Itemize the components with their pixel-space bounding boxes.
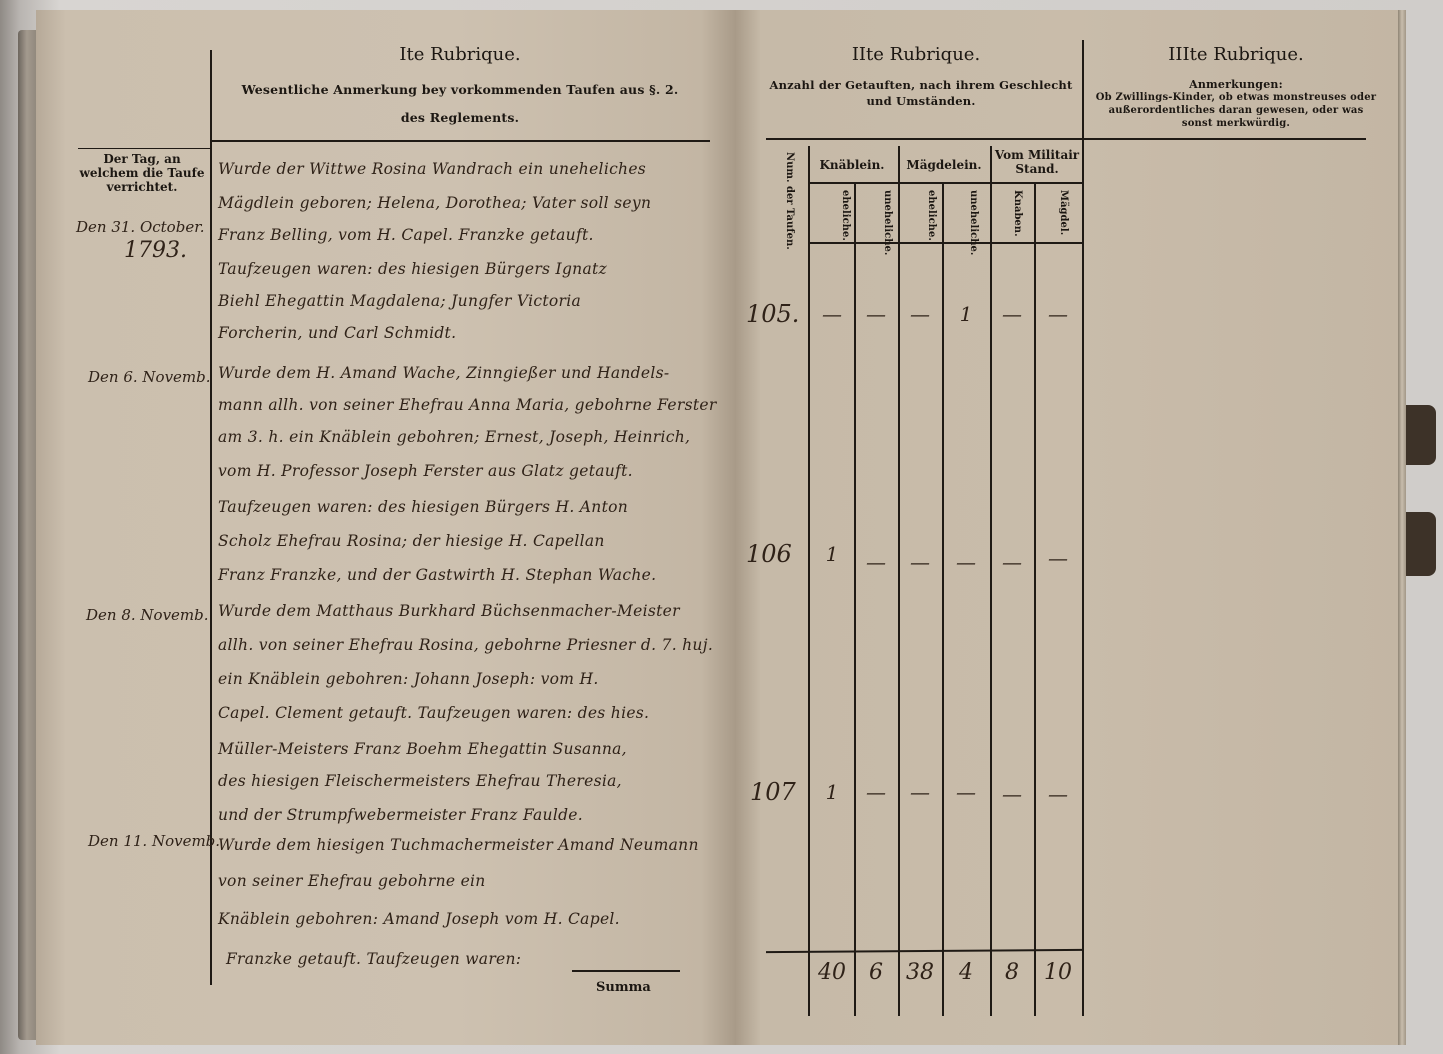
entry-3-line: Müller-Meisters Franz Boehm Ehegattin Su… [218,740,627,758]
tally-cell: — [854,550,898,574]
tally-cell: — [1034,302,1082,326]
subhead-rule [808,242,1082,244]
right-page: IIte Rubrique. Anzahl der Getauften, nac… [736,10,1404,1045]
entry-1-year: 1793. [124,242,187,260]
entry-1-line: Biehl Ehegattin Magdalena; Jungfer Victo… [218,292,581,310]
tally-cell: — [990,302,1034,326]
entry-3-line: Capel. Clement getauft. Taufzeugen waren… [218,704,649,722]
summa-label: Summa [596,980,651,995]
column-line [808,146,810,1016]
entry-4-line: Knäblein gebohren: Amand Joseph vom H. C… [218,910,620,928]
rubrique-3-subtitle: Anmerkungen: [1086,78,1386,91]
tally-cell: — [854,780,898,804]
rubrique-1-subtitle: Wesentliche Anmerkung bey vorkommenden T… [210,82,710,97]
row-number: 105. [746,300,799,328]
subheader: eheliche. [926,190,937,240]
entry-2-line: vom H. Professor Joseph Ferster aus Glat… [218,462,633,480]
entry-2-line: Franz Franzke, und der Gastwirth H. Step… [218,566,656,584]
entry-3-line: allh. von seiner Ehefrau Rosina, gebohrn… [218,636,713,654]
total-cell: 8 [990,960,1034,985]
rubrique-3-subtitle-3: außerordentliches daran gewesen, oder wa… [1086,105,1386,116]
entry-1-line: Forcherin, und Carl Schmidt. [218,324,456,342]
bookmark-tab [1406,405,1436,465]
entry-4-date: Den 11. Novemb. [88,832,220,850]
entry-2-line: Taufzeugen waren: des hiesigen Bürgers H… [218,498,628,516]
tally-cell: — [1034,546,1082,570]
rubrique-3-subtitle-2: Ob Zwillings-Kinder, ob etwas monstreuse… [1086,92,1386,103]
rubrique-3-title: IIIte Rubrique. [1086,44,1386,65]
tally-cell: — [942,780,990,804]
entry-3-line: Wurde dem Matthaus Burkhard Büchsenmache… [218,602,680,620]
entry-2-line: mann allh. von seiner Ehefrau Anna Maria… [218,396,717,414]
entry-1-date: Den 31. October. [76,218,210,236]
entry-4-line: Wurde dem hiesigen Tuchmachermeister Ama… [218,836,699,854]
total-cell: 38 [898,960,942,985]
rubrique-1-title: Ite Rubrique. [210,44,710,65]
total-cell: 40 [810,960,854,985]
total-cell: 4 [942,960,990,985]
entry-2-line: Scholz Ehefrau Rosina; der hiesige H. Ca… [218,532,605,550]
tally-cell: 1 [810,542,854,566]
tally-cell: — [898,550,942,574]
rubrique-1-subtitle-2: des Reglements. [210,110,710,125]
entry-2-line: Wurde dem H. Amand Wache, Zinngießer und… [218,364,669,382]
total-cell: 6 [854,960,898,985]
tally-cell: — [1034,782,1082,806]
entry-1-line: Franz Belling, vom H. Capel. Franzke get… [218,226,594,244]
entry-2-date: Den 6. Novemb. [88,368,211,386]
tally-cell: — [942,550,990,574]
entry-3-line: ein Knäblein gebohren: Johann Joseph: vo… [218,670,599,688]
open-register-book: Ite Rubrique. Wesentliche Anmerkung bey … [18,10,1428,1040]
bookmark-tab [1406,512,1436,576]
group-rule [808,182,1082,184]
date-header-rule [78,148,210,149]
tally-cell: — [854,302,898,326]
entry-3-date: Den 8. Novemb. [86,606,209,624]
entry-2-line: am 3. h. ein Knäblein gebohren; Ernest, … [218,428,690,446]
total-cell: 10 [1034,960,1082,985]
page-edge [1398,10,1406,1045]
date-column-header: Der Tag, an welchem die Taufe verrichtet… [76,152,208,194]
rubrique-divider [1082,40,1084,140]
subheader: uneheliche. [882,190,893,240]
entry-3-line: und der Strumpfwebermeister Franz Faulde… [218,806,583,824]
tally-cell: — [990,782,1034,806]
tally-cell: 1 [810,780,854,804]
tally-cell: — [898,780,942,804]
rubrique-3-subtitle-4: sonst merkwürdig. [1086,118,1386,129]
summa-rule [572,970,680,972]
subheader: Knaben. [1012,190,1023,240]
entry-1-line: Wurde der Wittwe Rosina Wandrach ein une… [218,160,646,178]
left-page: Ite Rubrique. Wesentliche Anmerkung bey … [36,10,736,1045]
tally-cell: — [810,302,854,326]
row-number: 107 [750,778,796,806]
entry-1-line: Mägdlein geboren; Helena, Dorothea; Vate… [218,194,651,212]
rubrique-2-subtitle-2: und Umständen. [756,94,1086,108]
number-column-header: Num. der Taufen. [784,152,795,252]
tally-cell: — [898,302,942,326]
subheader: Mägdel. [1058,190,1069,240]
subheader: uneheliche. [968,190,979,240]
entry-4-line: Franzke getauft. Taufzeugen waren: [226,950,521,968]
column-line [898,146,900,1016]
rubrique-2-title: IIte Rubrique. [756,44,1076,65]
subheader: eheliche. [840,190,851,240]
group-header-knaeblein: Knäblein. [808,158,896,172]
group-header-militair: Vom Militair Stand. [992,148,1082,176]
table-top-rule [766,138,1366,140]
entry-4-line: von seiner Ehefrau gebohrne ein [218,872,486,890]
column-line [990,146,992,1016]
tally-cell: 1 [942,302,990,326]
group-header-maegdelein: Mägdelein. [898,158,990,172]
row-number: 106 [746,540,792,568]
column-line [1082,138,1084,1016]
rubrique-2-subtitle: Anzahl der Getauften, nach ihrem Geschle… [756,78,1086,92]
header-rule [210,140,710,142]
tally-cell: — [990,550,1034,574]
entry-1-line: Taufzeugen waren: des hiesigen Bürgers I… [218,260,607,278]
entry-3-line: des hiesigen Fleischermeisters Ehefrau T… [218,772,622,790]
